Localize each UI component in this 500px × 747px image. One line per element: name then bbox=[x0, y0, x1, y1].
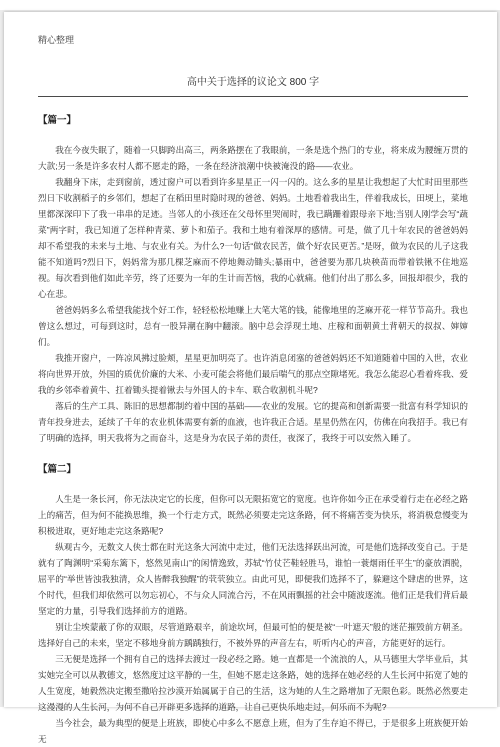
header-note: 精心整理 bbox=[38, 34, 468, 46]
essay-paragraph: 我翻身下床，走到窗前，透过窗户可以看到许多星星正一闪一闪的。这么多的星星让我想起… bbox=[38, 174, 468, 302]
document-title: 高中关于选择的议论文 800 字 bbox=[38, 76, 468, 89]
section-heading-1: 【篇一】 bbox=[38, 114, 468, 127]
essay-paragraph: 人生是一条长河，你无法决定它的长度，但你可以无限拓宽它的宽度。也许你如今正在承受… bbox=[38, 491, 468, 539]
essay-paragraph: 我推开窗户，一阵凉风拂过脸颊，星星更加明亮了。也许消息闭塞的爸爸妈妈还不知道随着… bbox=[38, 350, 468, 398]
essay-paragraph: 别让尘埃蒙蔽了你的双眼，尽管道路艰辛，前途坎坷，但最可怕的便是被“一叶遮天”般的… bbox=[38, 619, 468, 651]
essay-paragraph: 三无便是选择一个拥有自己的选择去渡过一段必经之路。她一直都是一个流浪的人，从马德… bbox=[38, 651, 468, 707]
title-divider bbox=[38, 96, 468, 97]
document-page: 精心整理 高中关于选择的议论文 800 字 【篇一】我在今夜失眠了，随着一只脚跨… bbox=[4, 12, 497, 707]
section-heading-2: 【篇二】 bbox=[38, 463, 468, 476]
essay-paragraph: 我在今夜失眠了，随着一只脚跨出高三，两条路摆在了我眼前，一条是选个热门的专业，将… bbox=[38, 142, 468, 174]
essay-paragraph: 爸爸妈妈多么希望我能找个好工作，轻轻松松地赚上大笔大笔的钱，能像地里的芝麻开花一… bbox=[38, 302, 468, 350]
essay-body: 【篇一】我在今夜失眠了，随着一只脚跨出高三，两条路摆在了我眼前，一条是选个热门的… bbox=[38, 114, 468, 707]
essay-paragraph: 落后的生产工具、陈旧的思想都制约着中国的基础——农业的发展。它的提高和创新需要一… bbox=[38, 398, 468, 446]
essay-paragraph: 纵观古今，无数文人侠士都在时光这条大河流中走过，他们无法选择跃出河流，可是他们选… bbox=[38, 539, 468, 619]
